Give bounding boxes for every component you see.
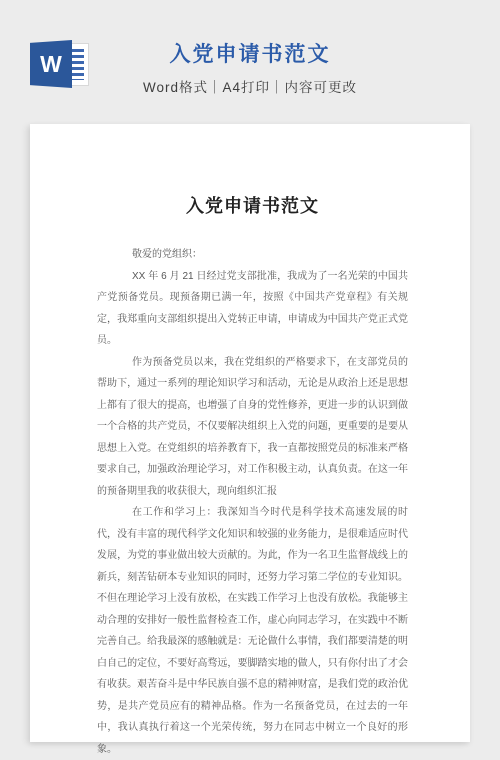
document-page-preview: 入党申请书范文 敬爱的党组织：XX 年 6 月 21 日经过党支部批准，我成为了… (30, 124, 470, 742)
document-body: 敬爱的党组织：XX 年 6 月 21 日经过党支部批准，我成为了一名光荣的中国共… (97, 244, 408, 750)
header: W 入党申请书范文 Word格式｜A4打印｜内容可更改 (0, 0, 500, 96)
document-paragraph: 敬爱的党组织： (97, 244, 408, 266)
document-paragraph: 在工作和学习上：我深知当今时代是科学技术高速发展的时代，没有丰富的现代科学文化知… (97, 502, 408, 750)
word-logo-letter: W (40, 53, 62, 76)
word-logo-panel-icon: W (30, 40, 72, 88)
document-title: 入党申请书范文 (97, 192, 408, 218)
word-icon: W (30, 40, 90, 88)
document-paragraph: XX 年 6 月 21 日经过党支部批准，我成为了一名光荣的中国共产党预备党员。… (97, 266, 408, 352)
document-paragraph: 作为预备党员以来，我在党组织的严格要求下，在支部党员的帮助下，通过一系列的理论知… (97, 352, 408, 503)
page-title: 入党申请书范文 (170, 42, 331, 67)
